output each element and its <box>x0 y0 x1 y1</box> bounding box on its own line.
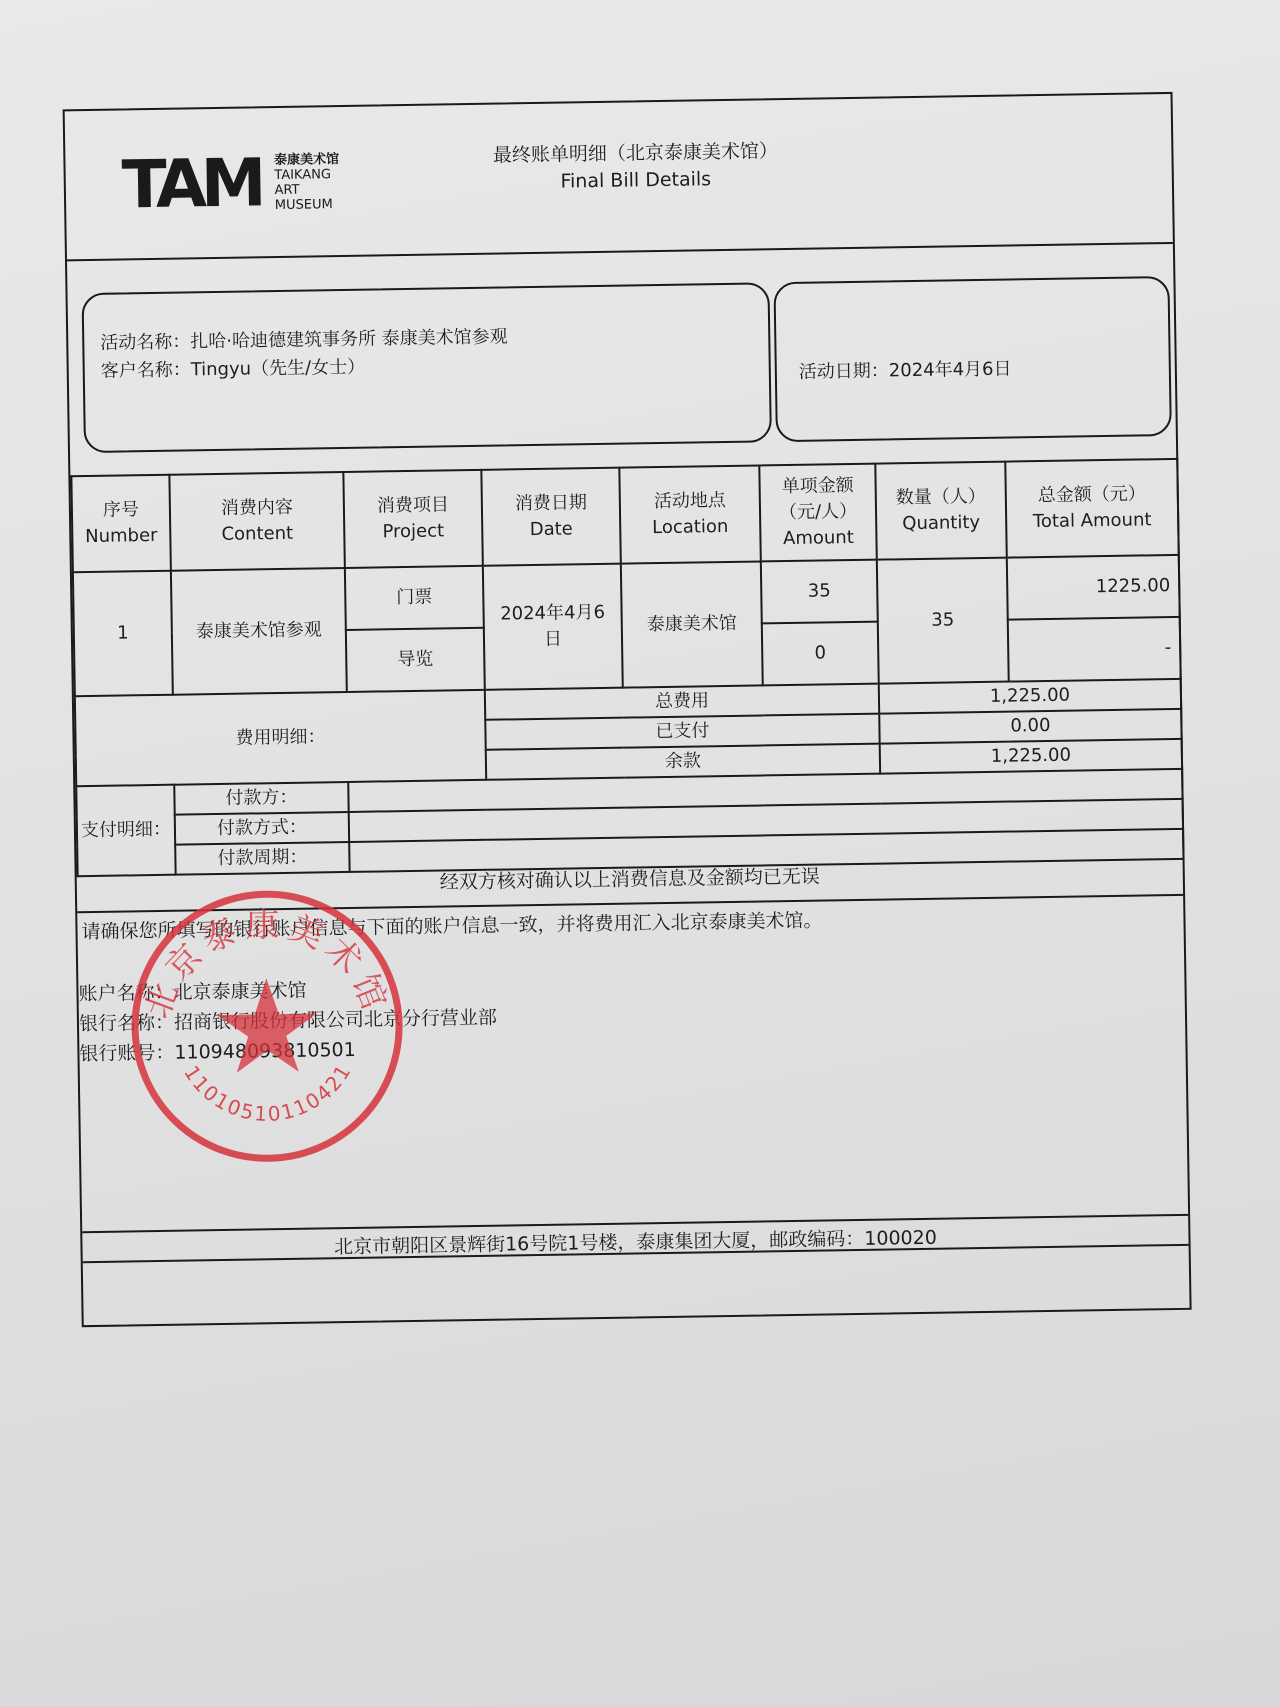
cell-project-ticket: 门票 <box>345 566 484 630</box>
header-quantity: 数量（人）Quantity <box>875 462 1006 560</box>
table-header-row: 序号Number 消费内容Content 消费项目Project 消费日期Dat… <box>71 459 1178 572</box>
header-amount: 单项金额（元/人）Amount <box>759 464 876 562</box>
cell-amount-ticket: 35 <box>761 560 878 624</box>
payment-label: 支付明细： <box>76 785 175 877</box>
activity-name: 活动名称：扎哈·哈迪德建筑事务所 泰康美术馆参观 <box>100 322 508 354</box>
header-number: 序号Number <box>71 475 170 573</box>
title-en: Final Bill Details <box>396 166 876 196</box>
bank-name: 银行名称：招商银行股份有限公司北京分行营业部 <box>79 1003 497 1037</box>
fee-paid-value: 0.00 <box>879 709 1181 744</box>
header-total: 总金额（元）Total Amount <box>1005 459 1178 558</box>
fees-label: 费用明细： <box>75 690 486 786</box>
account-name: 账户名称：北京泰康美术馆 <box>78 976 306 1007</box>
title-cn: 最终账单明细（北京泰康美术馆） <box>395 135 875 170</box>
account-number: 银行账号：110948093810501 <box>79 1035 356 1066</box>
customer-name: 客户名称：Tingyu（先生/女士） <box>101 353 366 383</box>
logo-en-2: ART <box>274 182 339 198</box>
logo-en-3: MUSEUM <box>275 197 340 213</box>
cell-project-guide: 导览 <box>346 628 485 692</box>
header-location: 活动地点Location <box>619 465 760 563</box>
activity-date: 活动日期：2024年4月6日 <box>799 354 1012 383</box>
header-date: 消费日期Date <box>481 468 620 566</box>
document-frame: TAM 泰康美术馆 TAIKANG ART MUSEUM 最终账单明细（北京泰康… <box>63 92 1192 1327</box>
payer-label: 付款方： <box>174 782 348 815</box>
svg-text:11010510110421: 11010510110421 <box>179 1059 357 1128</box>
logo-en-1: TAIKANG <box>274 167 339 183</box>
cell-content: 泰康美术馆参观 <box>171 568 347 695</box>
document-title: 最终账单明细（北京泰康美术馆） Final Bill Details <box>395 135 876 196</box>
cell-number: 1 <box>73 571 173 697</box>
header-content: 消费内容Content <box>169 472 344 571</box>
cell-total-guide: - <box>1008 617 1181 682</box>
cell-total-ticket: 1225.00 <box>1007 555 1180 620</box>
fee-total-value: 1,225.00 <box>879 679 1181 714</box>
header-divider <box>67 242 1173 261</box>
bill-table: 序号Number 消费内容Content 消费项目Project 消费日期Dat… <box>70 458 1184 877</box>
header-project: 消费项目Project <box>343 470 482 568</box>
fee-balance-value: 1,225.00 <box>880 739 1182 774</box>
logo-text: 泰康美术馆 TAIKANG ART MUSEUM <box>274 152 340 213</box>
payment-method-label: 付款方式： <box>175 812 349 845</box>
activity-date-box: 活动日期：2024年4月6日 <box>773 276 1171 442</box>
cell-date: 2024年4月6日 <box>483 564 623 690</box>
photo-background: TAM 泰康美术馆 TAIKANG ART MUSEUM 最终账单明细（北京泰康… <box>0 0 1280 1707</box>
cell-quantity: 35 <box>877 558 1009 684</box>
logo-mark: TAM <box>121 150 261 218</box>
bill-sheet: TAM 泰康美术馆 TAIKANG ART MUSEUM 最终账单明细（北京泰康… <box>22 51 1227 1354</box>
cell-amount-guide: 0 <box>762 622 879 686</box>
taikang-logo: TAM 泰康美术馆 TAIKANG ART MUSEUM <box>121 149 340 218</box>
activity-info-box: 活动名称：扎哈·哈迪德建筑事务所 泰康美术馆参观 客户名称：Tingyu（先生/… <box>82 282 772 453</box>
logo-cn: 泰康美术馆 <box>274 152 339 168</box>
cell-location: 泰康美术馆 <box>621 561 763 687</box>
footer-address: 北京市朝阳区景辉街16号院1号楼，泰康集团大厦，邮政编码：100020 <box>82 1219 1188 1263</box>
